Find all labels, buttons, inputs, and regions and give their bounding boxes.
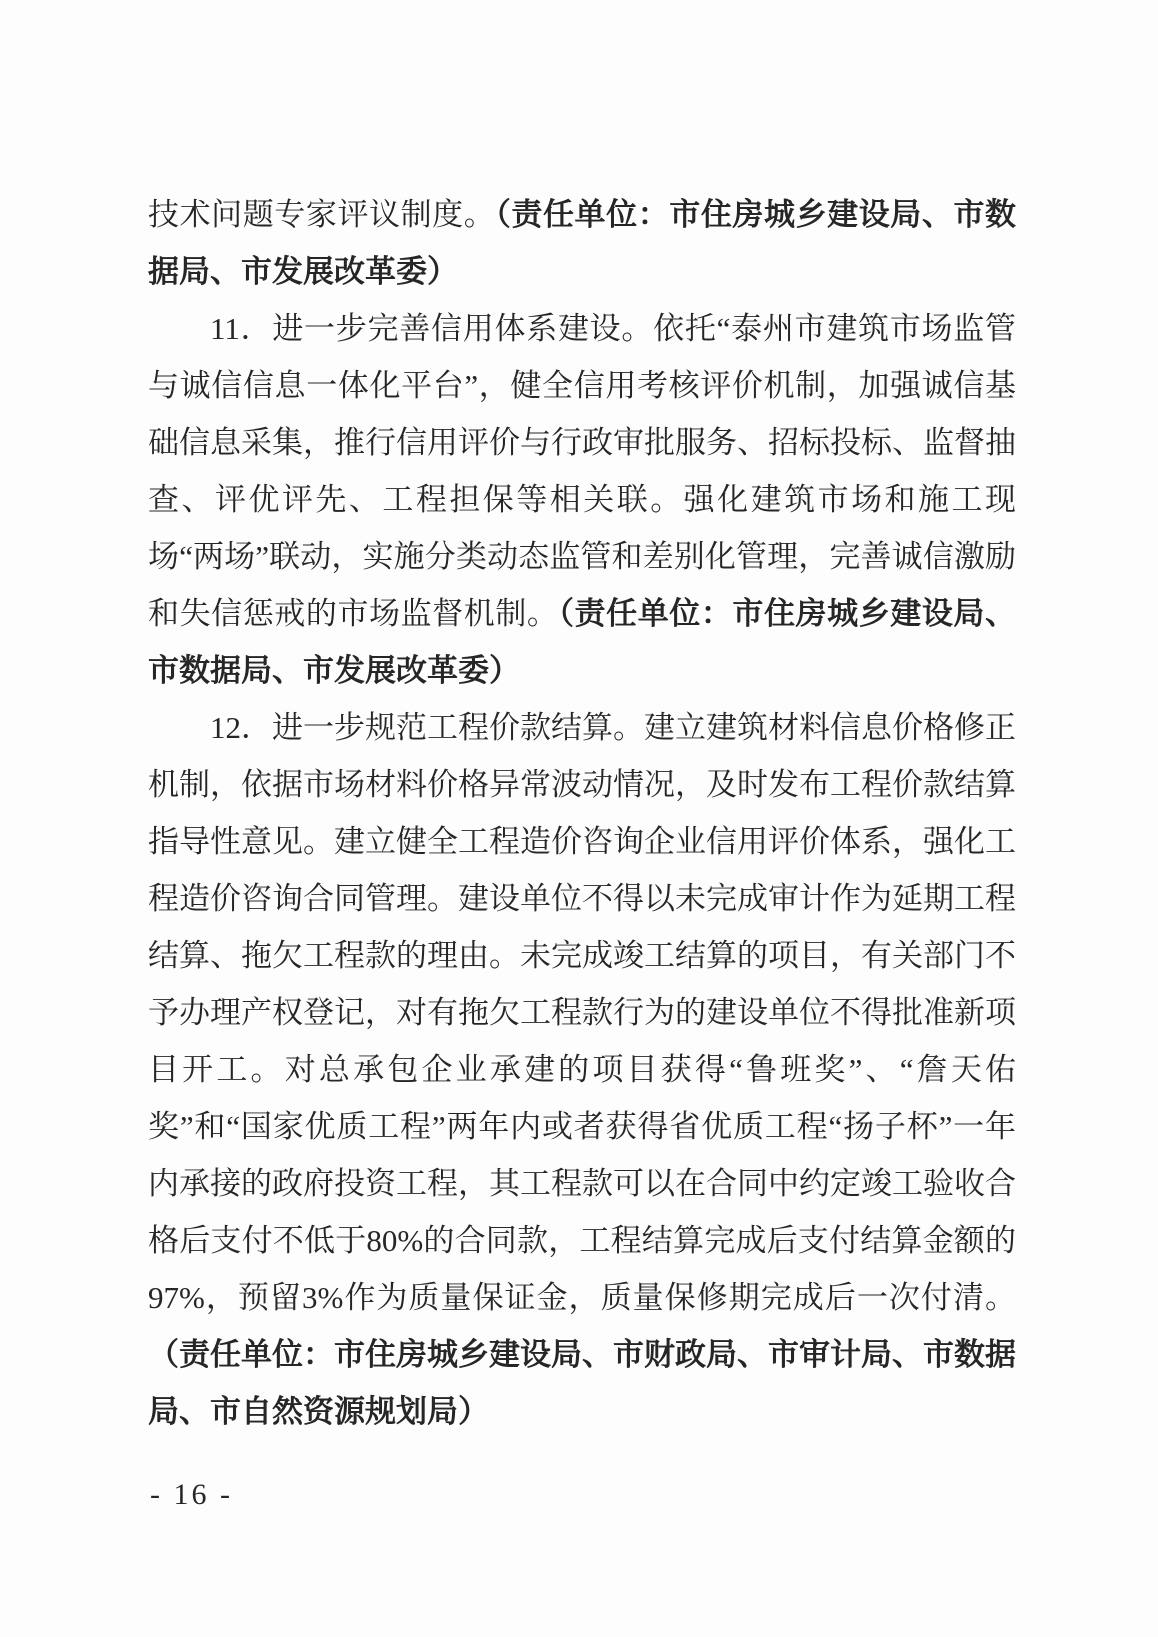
paragraph-body-text: 技术问题专家评议制度。 [148,197,495,232]
paragraph-item-12: 12．进一步规范工程价款结算。建立建筑材料信息价格修正机制，依据市场材料价格异常… [148,699,1016,1440]
document-page: 技术问题专家评议制度。（责任单位：市住房城乡建设局、市数据局、市发展改革委） 1… [0,0,1158,1637]
document-body: 技术问题专家评议制度。（责任单位：市住房城乡建设局、市数据局、市发展改革委） 1… [148,186,1016,1440]
responsible-unit-text: （责任单位：市住房城乡建设局、市财政局、市审计局、市数据局、市自然资源规划局） [148,1337,1016,1429]
page-number: - 16 - [150,1478,233,1512]
paragraph-body-text: 12．进一步规范工程价款结算。建立建筑材料信息价格修正机制，依据市场材料价格异常… [148,710,1016,1315]
paragraph-item-11: 11．进一步完善信用体系建设。依托“泰州市建筑市场监管与诚信信息一体化平台”，健… [148,300,1016,699]
paragraph-body-text: 11．进一步完善信用体系建设。依托“泰州市建筑市场监管与诚信信息一体化平台”，健… [148,311,1016,631]
paragraph-continuation: 技术问题专家评议制度。（责任单位：市住房城乡建设局、市数据局、市发展改革委） [148,186,1016,300]
